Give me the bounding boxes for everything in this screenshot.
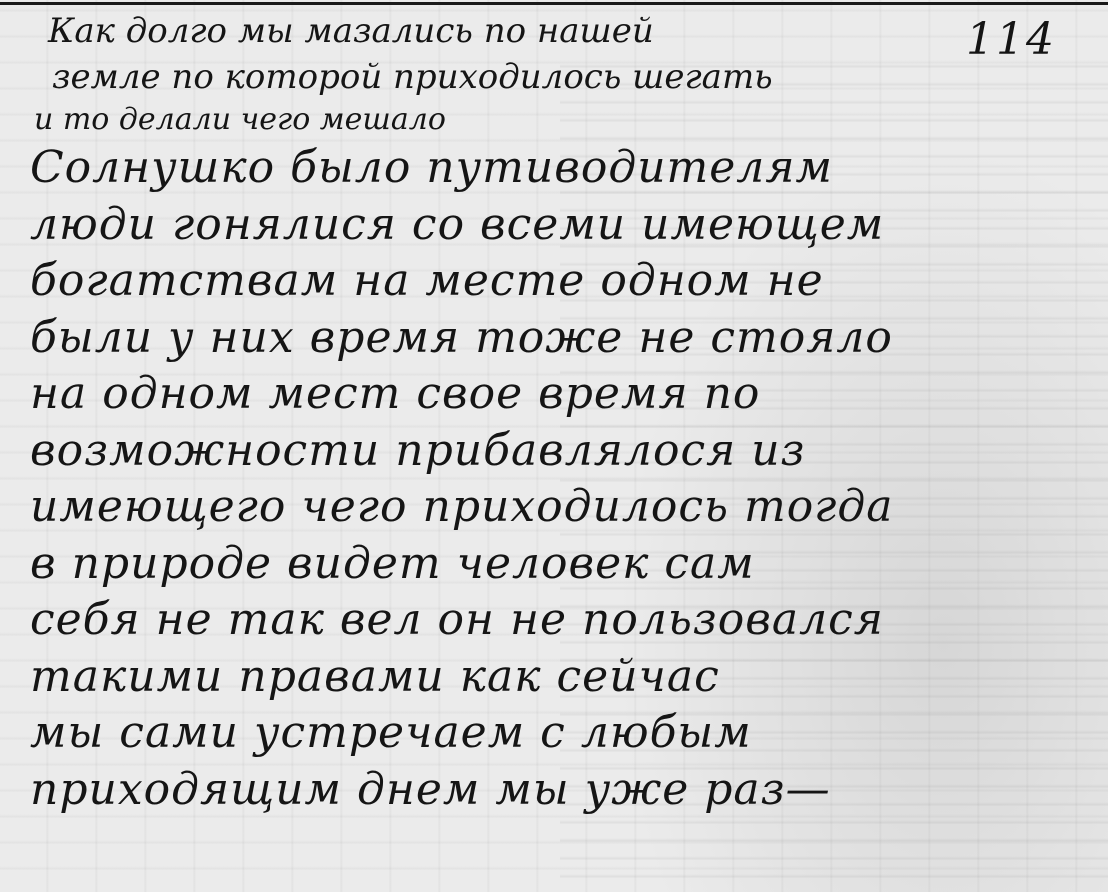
top-border-line [0, 2, 1108, 5]
manuscript-page: 114 Как долго мы мазались по нашей земле… [0, 0, 1108, 892]
text-line: богатствам на месте одном не [30, 253, 1070, 310]
text-line: на одном мест свое время по [30, 366, 1070, 423]
text-line: и то делали чего мешало [30, 100, 1070, 140]
text-line: люди гонялися со всеми имеющем [30, 197, 1070, 254]
handwritten-text-block: Как долго мы мазались по нашей земле по … [30, 8, 1070, 818]
text-line: такими правами как сейчас [30, 649, 1070, 706]
text-line: имеющего чего приходилось тогда [30, 479, 1070, 536]
text-line: возможности прибавлялося из [30, 423, 1070, 480]
text-line: земле по которой приходилось шегать [30, 54, 1070, 100]
text-line: себя не так вел он не пользовался [30, 592, 1070, 649]
text-line: Как долго мы мазались по нашей [30, 8, 1070, 54]
text-line: Солнушко было путиводителям [30, 140, 1070, 197]
text-line: были у них время тоже не стояло [30, 310, 1070, 367]
text-line: приходящим днем мы уже раз— [30, 762, 1070, 819]
text-line: мы сами устречаем с любым [30, 705, 1070, 762]
text-line: в природе видет человек сам [30, 536, 1070, 593]
